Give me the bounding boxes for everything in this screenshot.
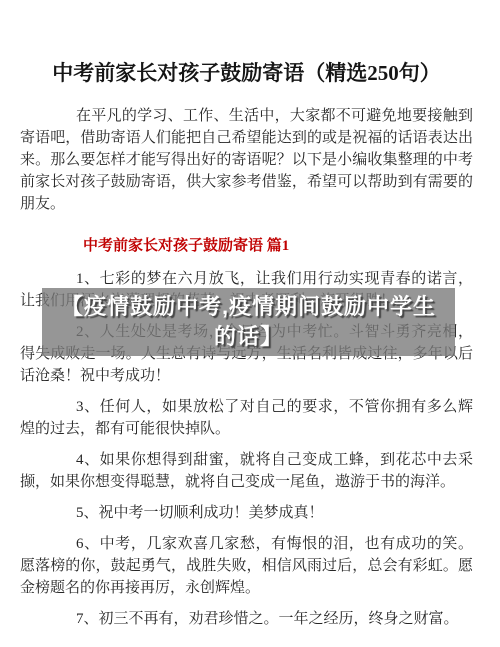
watermark-line-1: 【疫情鼓励中考,疫情期间鼓励中学生 [61, 292, 436, 322]
watermark-overlay: 【疫情鼓励中考,疫情期间鼓励中学生 的话】 [42, 288, 455, 356]
list-item-7: 7、初三不再有，劝君珍惜之。一年之经历，终身之财富。 [20, 608, 473, 630]
list-item-6: 6、中考，几家欢喜几家愁，有悔恨的泪，也有成功的笑。愿落榜的你，鼓起勇气，战胜失… [20, 533, 473, 599]
list-item-5: 5、祝中考一切顺利成功！美梦成真！ [20, 502, 473, 524]
list-item-3: 3、任何人，如果放松了对自己的要求，不管你拥有多么辉煌的过去，都有可能很快掉队。 [20, 396, 473, 440]
document-page: 中考前家长对孩子鼓励寄语（精选250句） 在平凡的学习、工作、生活中，大家都不可… [0, 0, 500, 647]
list-item-4: 4、如果你想得到甜蜜，就将自己变成工蜂，到花芯中去采撷，如果你想变得聪慧，就将自… [20, 449, 473, 493]
intro-paragraph: 在平凡的学习、工作、生活中，大家都不可避免地要接触到寄语吧，借助寄语人们能把自己… [20, 105, 473, 215]
page-title: 中考前家长对孩子鼓励寄语（精选250句） [20, 58, 473, 88]
watermark-line-2: 的话】 [214, 322, 283, 352]
section-heading: 中考前家长对孩子鼓励寄语 篇1 [20, 235, 473, 257]
